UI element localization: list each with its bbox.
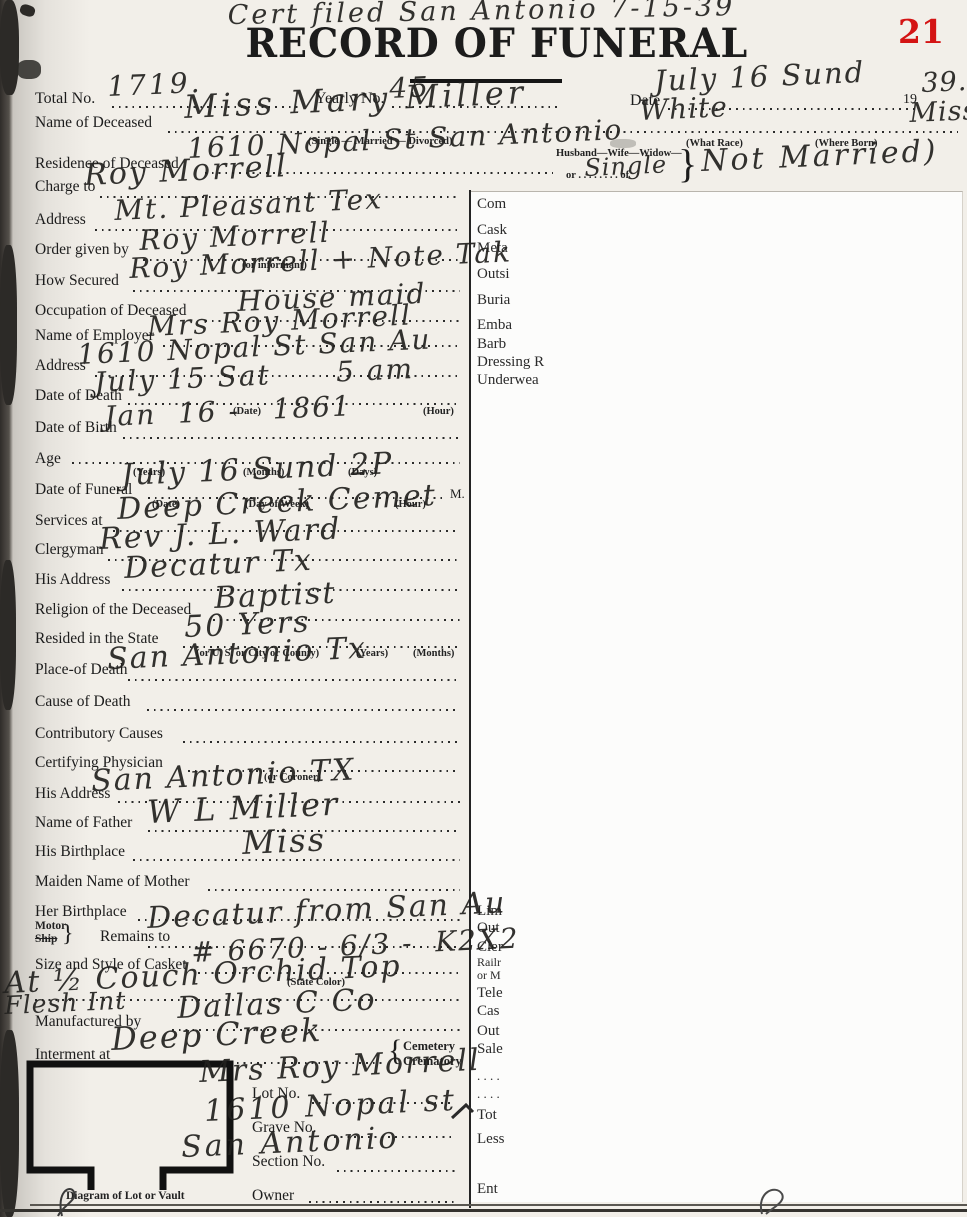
page-number: 21 xyxy=(898,12,944,51)
right-column-label-fragment: Tele xyxy=(477,985,503,1002)
marital-status-value: Single xyxy=(584,150,668,182)
covering-sheet xyxy=(471,191,963,1202)
field-label: Contributory Causes xyxy=(35,725,163,743)
owner-label: Owner xyxy=(252,1187,294,1205)
field-label: Services at xyxy=(35,512,103,530)
date-year-value: 39. xyxy=(921,66,967,99)
right-column-label-fragment: Out xyxy=(477,1023,500,1040)
scan-speck xyxy=(17,60,41,79)
grave-no-value: 1610 Nopal st xyxy=(203,1083,457,1129)
field-overwrite-handwritten: Flesh Int xyxy=(4,986,127,1020)
total-no-label: Total No. xyxy=(35,90,95,108)
dotted-leader xyxy=(309,1201,455,1203)
field-value-handwritten: Roy Morrell xyxy=(83,149,288,193)
dotted-leader xyxy=(147,709,460,711)
right-column-label-fragment: Barb xyxy=(477,336,506,353)
field-label: Name of Father xyxy=(35,814,132,832)
bottom-rule-thin xyxy=(30,1204,967,1206)
marital-brace: } xyxy=(678,140,697,187)
right-column-label-fragment: Less xyxy=(477,1131,505,1148)
field-label: Clergyman xyxy=(35,541,104,559)
field-label: Age xyxy=(35,450,61,468)
right-column-label-fragment: Ent xyxy=(477,1181,498,1198)
field-label: Maiden Name of Mother xyxy=(35,873,190,891)
scan-artifact xyxy=(0,245,17,405)
scan-artifact xyxy=(0,560,16,710)
right-column-label-fragment: Tot xyxy=(477,1107,497,1124)
field-value-handwritten: Miss xyxy=(241,820,326,862)
field-label: How Secured xyxy=(35,272,119,290)
dotted-leader xyxy=(123,437,460,439)
scan-artifact xyxy=(0,0,19,95)
right-column-label-fragment: Dressing R xyxy=(477,354,544,371)
field-subcaption: (Months) xyxy=(413,648,454,659)
field-label: Address xyxy=(35,211,86,229)
scan-artifact xyxy=(0,1030,19,1217)
right-column-label-fragment: Com xyxy=(477,196,506,213)
field-label: Order given by xyxy=(35,241,129,259)
right-column-label-fragment: Sale xyxy=(477,1041,503,1058)
field-subcaption: (Hour) xyxy=(423,406,454,417)
scan-speck xyxy=(19,3,37,18)
field-label: Interment at xyxy=(35,1046,110,1064)
funeral-record-sheet: Cert filed San Antonio 7-15-39 RECORD OF… xyxy=(0,0,967,1217)
bottom-rule-thick xyxy=(0,1209,967,1212)
field-label: Cause of Death xyxy=(35,693,131,711)
right-column-label-fragment: Buria xyxy=(477,292,510,309)
name-of-deceased-label: Name of Deceased xyxy=(35,114,152,132)
transport-option-ship: Ship xyxy=(35,933,57,945)
dotted-leader xyxy=(128,679,460,681)
right-column-label-fragment: . . . . xyxy=(477,1086,500,1102)
field-label: Her Birthplace xyxy=(35,903,127,921)
field-label: His Address xyxy=(35,571,110,589)
field-label: Religion of the Deceased xyxy=(35,601,191,619)
right-column-label-fragment: or M xyxy=(477,968,501,983)
field-label: His Birthplace xyxy=(35,843,125,861)
right-column-label-fragment: Underwea xyxy=(477,372,539,389)
race-value: White xyxy=(639,90,729,127)
diagram-caption: Diagram of Lot or Vault xyxy=(66,1190,185,1202)
dotted-leader xyxy=(183,741,460,743)
right-column-label-fragment: Cas xyxy=(477,1003,500,1020)
dotted-leader xyxy=(337,1170,455,1172)
right-column-label-fragment: Emba xyxy=(477,317,512,334)
hour-meridiem-label: M. xyxy=(450,486,465,502)
transport-brace: } xyxy=(62,921,74,948)
where-born-value: Miss xyxy=(909,95,967,129)
name-of-deceased-value: Miss Mary Miller xyxy=(183,73,527,126)
